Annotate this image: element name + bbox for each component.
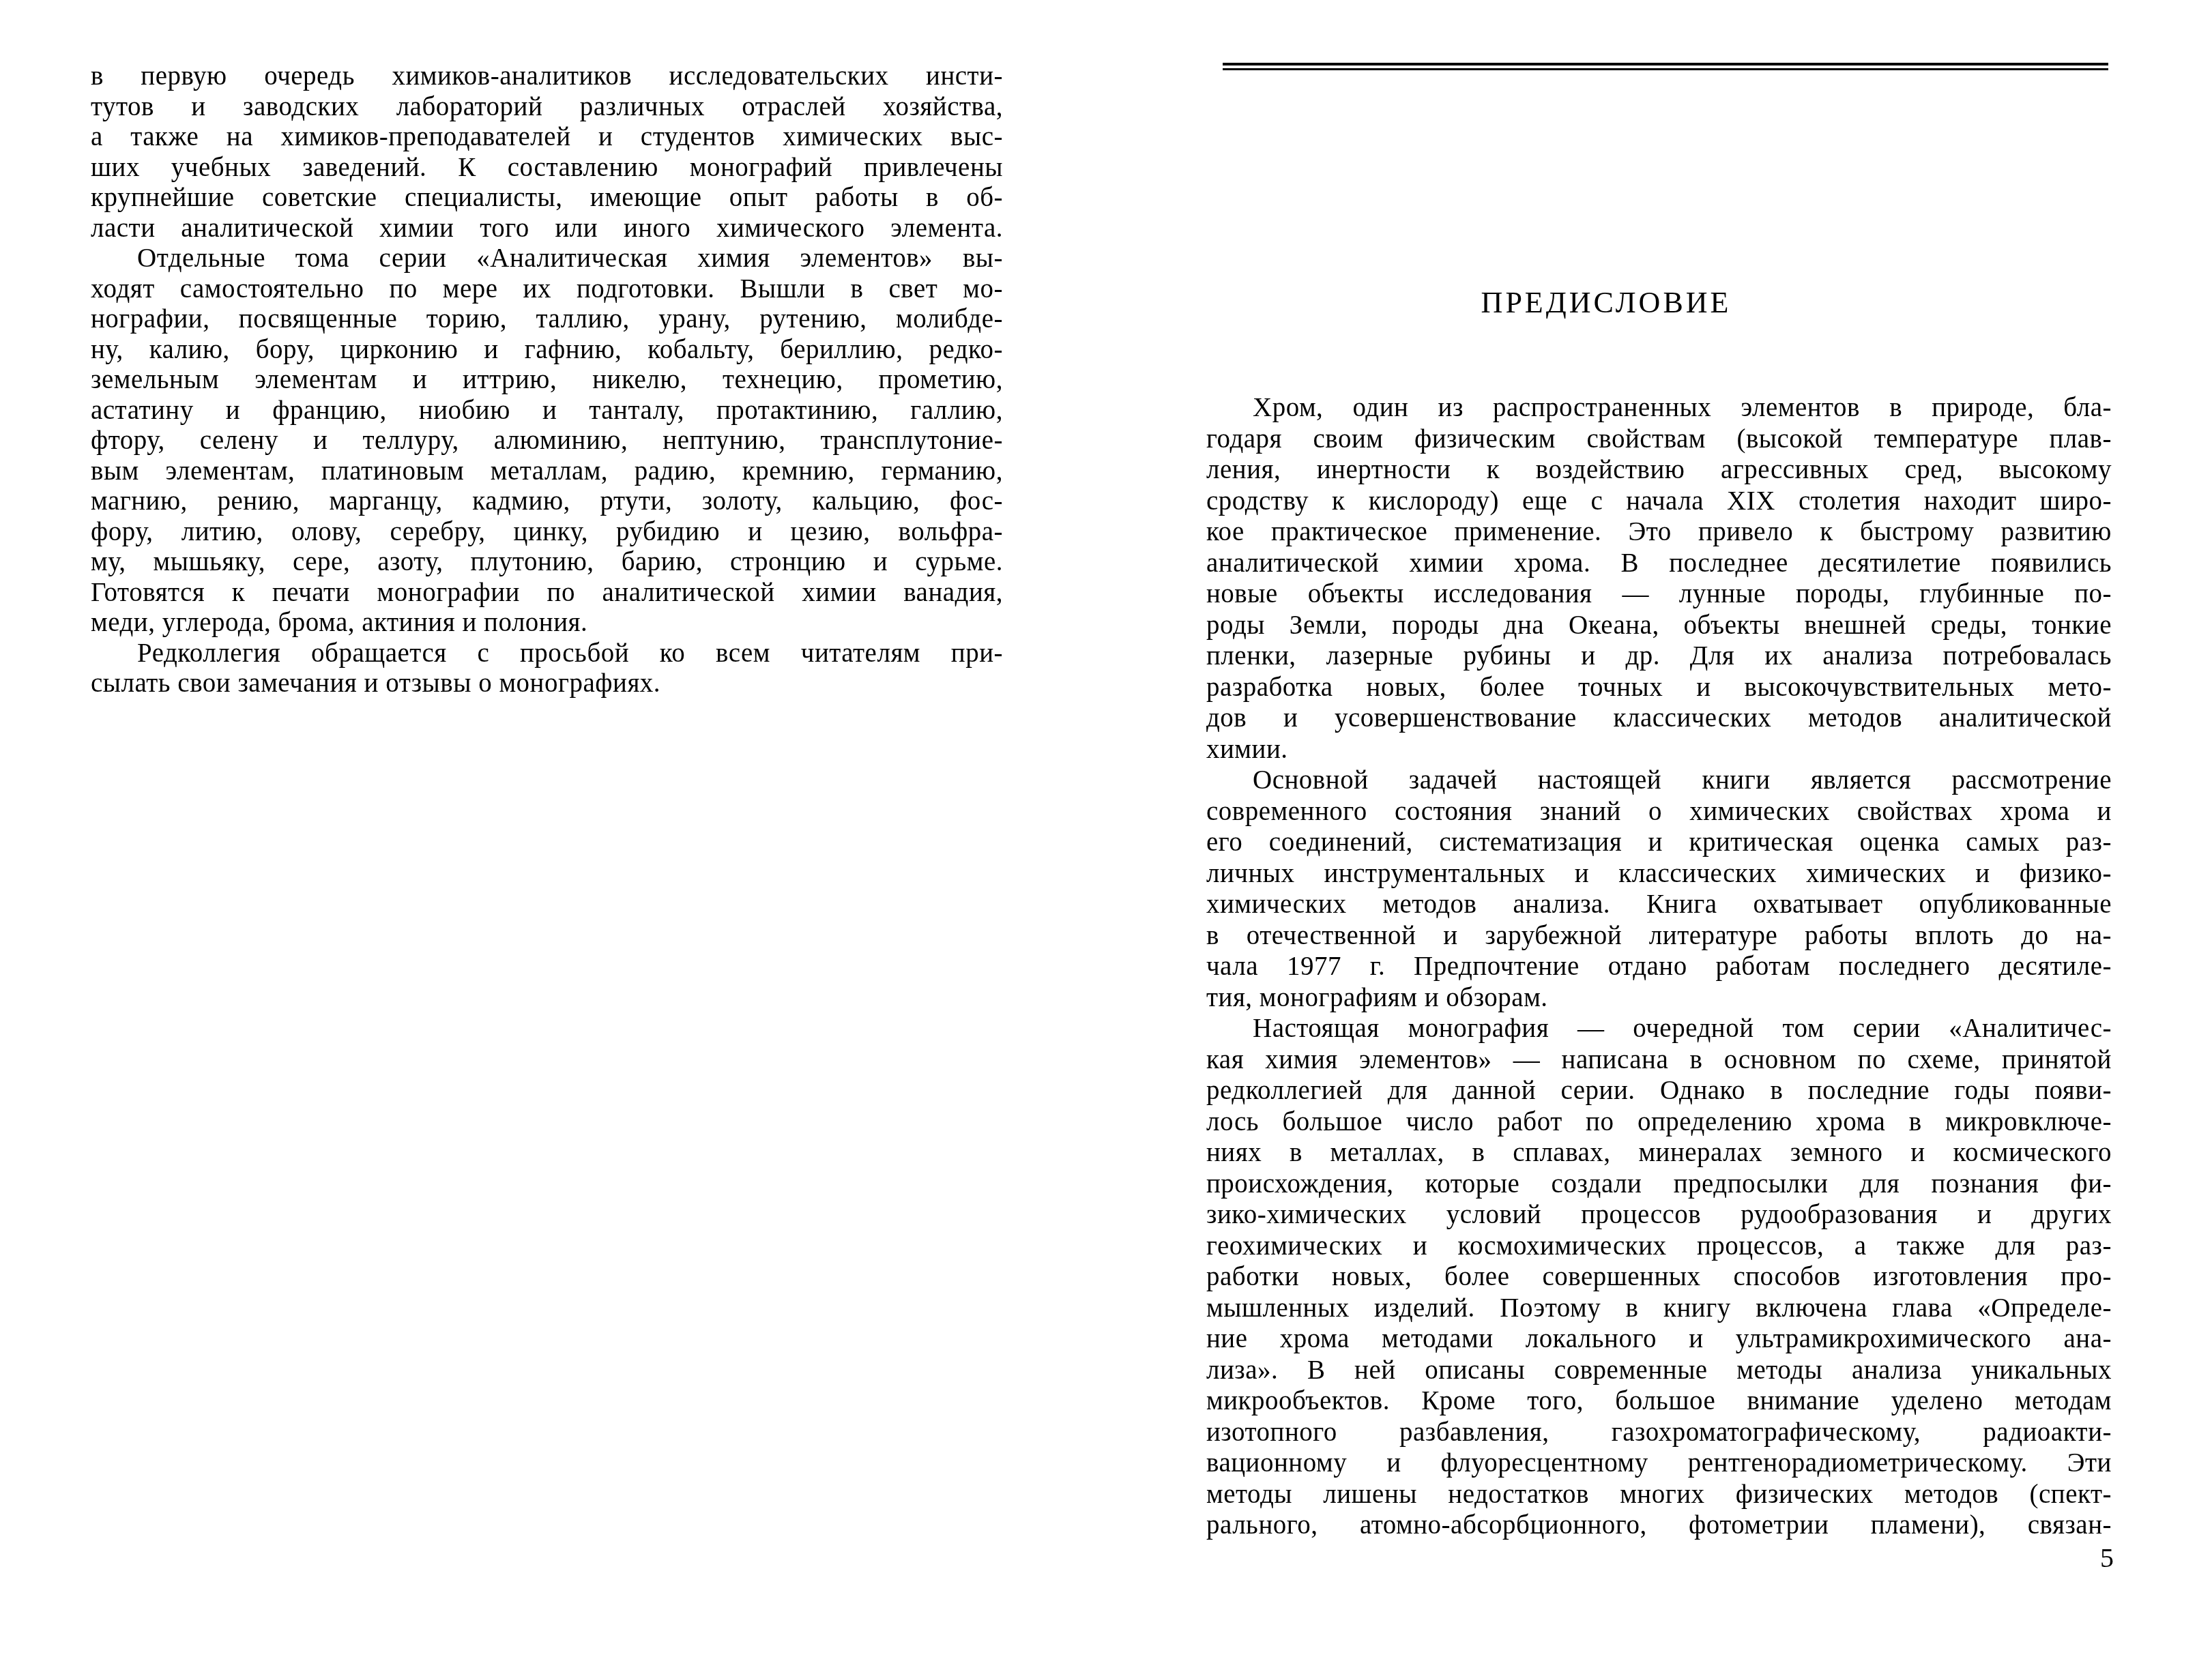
text-line: зико-химических условий процессов рудооб… <box>1206 1199 2112 1231</box>
text-line: роды Земли, породы дна Океана, объекты в… <box>1206 610 2112 641</box>
text-line: Отдельные тома серии «Аналитическая хими… <box>91 244 1003 274</box>
text-line: работки новых, более совершенных способо… <box>1206 1261 2112 1293</box>
text-line: ну, калию, бору, цирконию и гафнию, коба… <box>91 335 1003 366</box>
text-line: сродству к кислороду) еще с начала XIX с… <box>1206 486 2112 517</box>
text-line: мышленных изделий. Поэтому в книгу включ… <box>1206 1293 2112 1324</box>
text-line: аналитической химии хрома. В последнее д… <box>1206 548 2112 579</box>
text-line: пленки, лазерные рубины и др. Для их ана… <box>1206 641 2112 672</box>
text-line: магнию, рению, марганцу, кадмию, ртути, … <box>91 486 1003 517</box>
text-line: разработка новых, более точных и высокоч… <box>1206 672 2112 703</box>
text-line: рального, атомно-абсорбционного, фотомет… <box>1206 1510 2112 1541</box>
text-line: в отечественной и зарубежной литературе … <box>1206 920 2112 952</box>
text-line: ниях в металлах, в сплавах, минералах зе… <box>1206 1137 2112 1169</box>
text-line: новые объекты исследования — лунные поро… <box>1206 578 2112 610</box>
text-line: изотопного разбавления, газохроматографи… <box>1206 1417 2112 1448</box>
text-line: тия, монографиям и обзорам. <box>1206 982 2112 1014</box>
text-line: земельным элементам и иттрию, никелю, те… <box>91 365 1003 396</box>
text-line: фору, литию, олову, серебру, цинку, руби… <box>91 517 1003 548</box>
text-line: чала 1977 г. Предпочтение отдано работам… <box>1206 951 2112 982</box>
text-line: его соединений, систематизация и критиче… <box>1206 827 2112 858</box>
text-line: фтору, селену и теллуру, алюминию, непту… <box>91 426 1003 456</box>
text-line: дов и усовершенствование классических ме… <box>1206 703 2112 734</box>
text-line: Редколлегия обращается с просьбой ко все… <box>91 639 1003 669</box>
text-line: вационному и флуоресцентному рентгенорад… <box>1206 1448 2112 1479</box>
page-number: 5 <box>2083 1542 2131 1574</box>
text-line: микрообъектов. Кроме того, большое внима… <box>1206 1385 2112 1417</box>
text-line: вым элементам, платиновым металлам, ради… <box>91 456 1003 487</box>
preface-heading: ПРЕДИСЛОВИЕ <box>1199 285 2013 320</box>
text-line: тутов и заводских лабораторий различных … <box>91 92 1003 123</box>
text-line: методы лишены недостатков многих физичес… <box>1206 1479 2112 1510</box>
text-line: редколлегией для данной серии. Однако в … <box>1206 1075 2112 1106</box>
text-line: нографии, посвященные торию, таллию, ура… <box>91 304 1003 335</box>
text-line: лось большое число работ по определению … <box>1206 1106 2112 1138</box>
text-line: Основной задачей настоящей книги являетс… <box>1206 765 2112 796</box>
text-line: ления, инертности к воздействию агрессив… <box>1206 454 2112 486</box>
text-line: в первую очередь химиков-аналитиков иссл… <box>91 61 1003 92</box>
text-line: астатину и францию, ниобию и танталу, пр… <box>91 396 1003 426</box>
text-line: ние хрома методами локального и ультрами… <box>1206 1323 2112 1355</box>
text-line: му, мышьяку, сере, азоту, плутонию, бари… <box>91 547 1003 578</box>
header-rule <box>1223 63 2108 70</box>
text-line: Настоящая монография — очередной том сер… <box>1206 1013 2112 1044</box>
text-line: Хром, один из распространенных элементов… <box>1206 392 2112 424</box>
text-line: ходят самостоятельно по мере их подготов… <box>91 274 1003 305</box>
text-line: современного состояния знаний о химическ… <box>1206 796 2112 827</box>
text-line: геохимических и космохимических процессо… <box>1206 1231 2112 1262</box>
text-line: меди, углерода, брома, актиния и полония… <box>91 608 1003 639</box>
text-line: сылать свои замечания и отзывы о моногра… <box>91 669 1003 699</box>
text-line: химических методов анализа. Книга охваты… <box>1206 889 2112 920</box>
text-line: Готовятся к печати монографии по аналити… <box>91 578 1003 608</box>
text-line: происхождения, которые создали предпосыл… <box>1206 1169 2112 1200</box>
text-line: кое практическое применение. Это привело… <box>1206 516 2112 548</box>
right-page-text-block: Хром, один из распространенных элементов… <box>1206 392 2112 1541</box>
text-line: крупнейшие советские специалисты, имеющи… <box>91 183 1003 214</box>
text-line: годаря своим физическим свойствам (высок… <box>1206 424 2112 455</box>
left-page-text-block: в первую очередь химиков-аналитиков иссл… <box>91 61 1003 699</box>
text-line: кая химия элементов» — написана в основн… <box>1206 1044 2112 1076</box>
text-line: личных инструментальных и классических х… <box>1206 858 2112 890</box>
text-line: ших учебных заведений. К составлению мон… <box>91 153 1003 184</box>
text-line: лиза». В ней описаны современные методы … <box>1206 1355 2112 1386</box>
text-line: а также на химиков-преподавателей и студ… <box>91 122 1003 153</box>
text-line: химии. <box>1206 734 2112 765</box>
text-line: ласти аналитической химии того или иного… <box>91 214 1003 244</box>
